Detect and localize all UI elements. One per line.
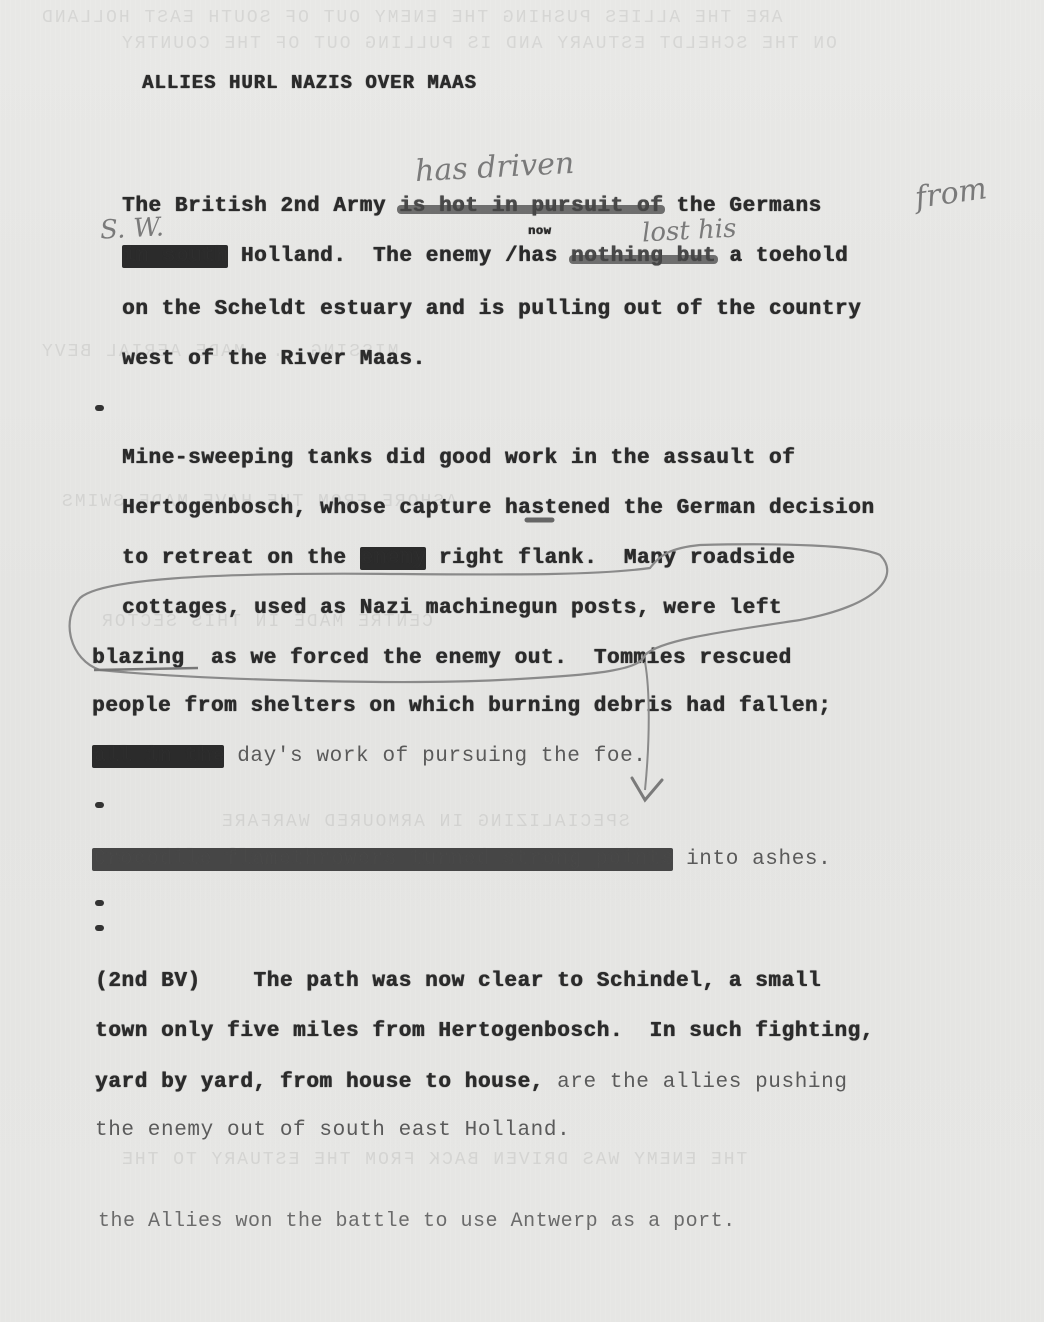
section-separator: [95, 405, 104, 411]
typed-line: in south Holland. The enemy /has nothing…: [122, 245, 848, 268]
typed-line: blazing as we forced the enemy out. Tomm…: [92, 647, 792, 670]
circled-text: Many roadside: [624, 547, 796, 570]
blacked-out-text: all in the: [92, 745, 224, 768]
document-title: ALLIES HURL NAZIS OVER MAAS: [142, 72, 477, 94]
bleed-through-text: ARE THE ALLIES PUSHING THE ENEMY OUT OF …: [40, 8, 783, 28]
typed-line: Crocodile flamethrowers turned strong po…: [92, 848, 831, 871]
typed-line: the enemy out of south east Holland.: [95, 1119, 570, 1142]
document-page: ARE THE ALLIES PUSHING THE ENEMY OUT OF …: [0, 0, 1044, 1322]
typed-line: town only five miles from Hertogenbosch.…: [95, 1020, 874, 1043]
handwritten-insert: S. W.: [99, 212, 164, 245]
marked-text: are the allies pushing: [557, 1071, 847, 1094]
typed-line: to retreat on the enemy right flank. Man…: [122, 547, 795, 570]
marked-text: into ashes.: [686, 848, 831, 871]
struck-text: nothing but: [571, 245, 716, 268]
handwritten-insert: lost his: [641, 214, 737, 249]
bleed-through-text: SPECIALIZING IN ARMOURED WARFARE: [220, 812, 630, 832]
section-separator: [95, 900, 104, 906]
circled-text: cottages, used as Nazi machinegun posts,…: [122, 597, 782, 620]
section-separator: [95, 925, 104, 931]
typed-line: people from shelters on which burning de…: [92, 695, 831, 718]
typed-line: all in the day's work of pursuing the fo…: [92, 745, 647, 768]
typed-line: yard by yard, from house to house, are t…: [95, 1071, 848, 1094]
struck-text: is hot in pursuit of: [399, 195, 663, 218]
circled-text: blazing as we forced the enemy out.: [92, 647, 567, 670]
blacked-out-text: in south: [122, 245, 228, 268]
handwritten-margin-note: from: [913, 171, 989, 216]
blacked-out-text: enemy: [360, 547, 426, 570]
typed-line: west of the River Maas.: [122, 348, 426, 371]
handwritten-insert: has driven: [414, 146, 575, 189]
blacked-out-text: Crocodile flamethrowers turned strong po…: [92, 848, 673, 871]
bleed-through-text: THE ENEMY WAS DRIVEN BACK FROM THE ESTUA…: [120, 1150, 747, 1170]
typed-line: Hertogenbosch, whose capture hastened th…: [122, 497, 875, 520]
typed-line: (2nd BV) The path was now clear to Schin…: [95, 970, 821, 993]
marked-text: the enemy out of south east Holland.: [95, 1119, 570, 1142]
arrow-line: [645, 662, 649, 790]
typed-insert: now: [528, 224, 551, 238]
footer-typed-line: the Allies won the battle to use Antwerp…: [98, 1210, 736, 1233]
typed-line: Mine-sweeping tanks did good work in the…: [122, 447, 795, 470]
section-separator: [95, 802, 104, 808]
bleed-through-text: ON THE SCHELDT ESTUARY AND IS PULLING OU…: [120, 34, 837, 54]
typed-line: on the Scheldt estuary and is pulling ou…: [122, 298, 861, 321]
arrow-head-icon: [632, 778, 662, 800]
marked-text: day's work of pursuing the foe.: [237, 745, 646, 768]
